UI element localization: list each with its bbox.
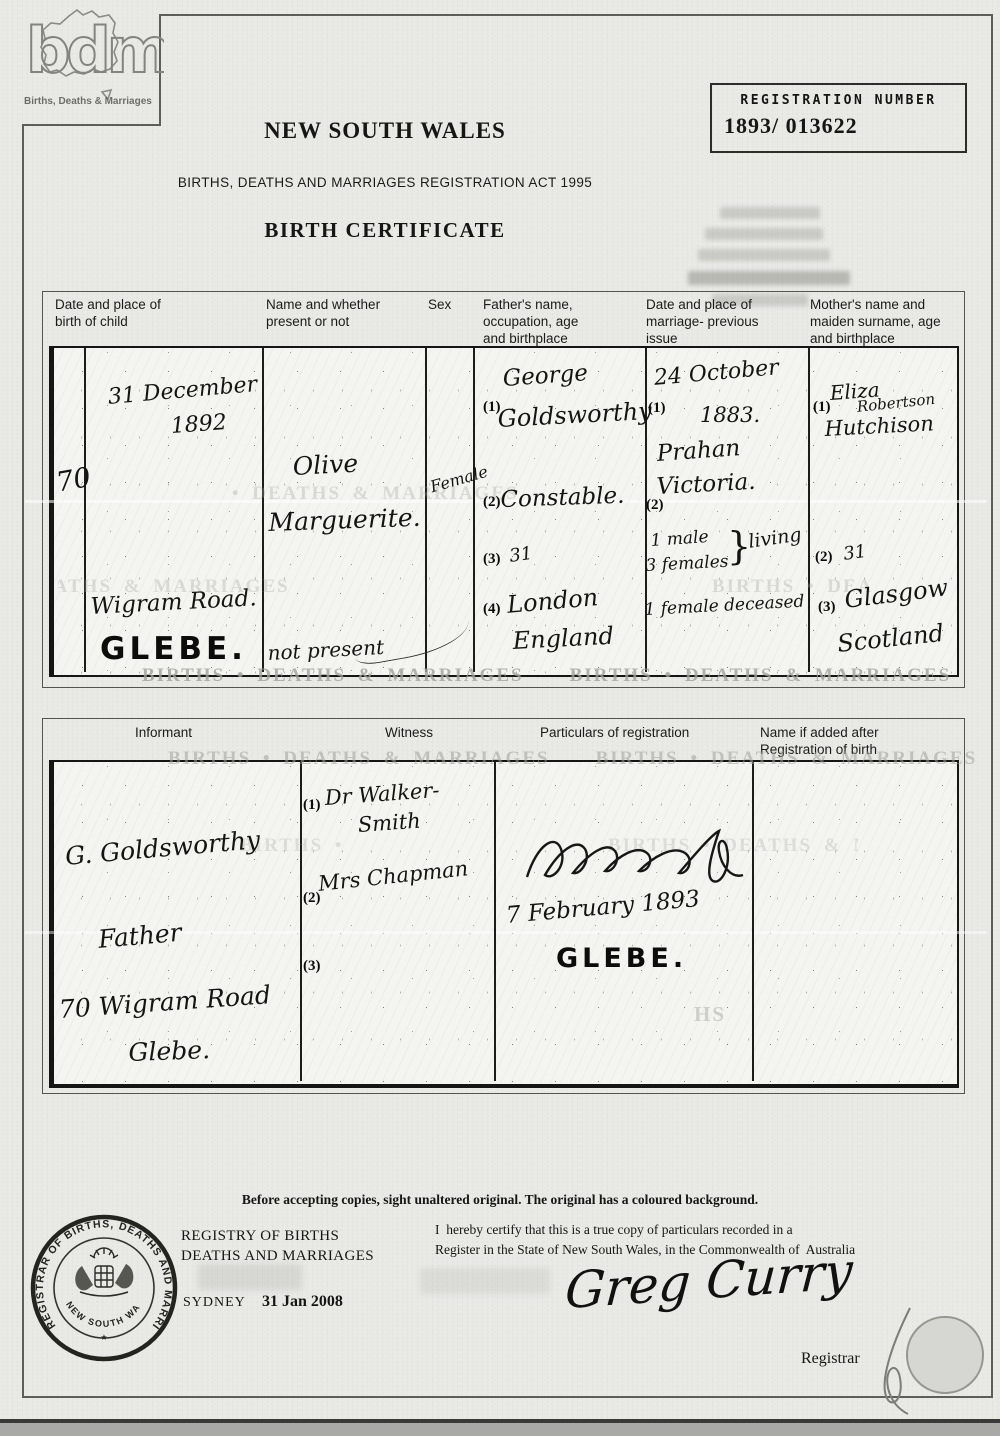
- watermark-text: BIRTHS • DEATHS & MARRIAGES: [142, 665, 524, 686]
- col-header-name-present: Name and whether present or not: [266, 296, 401, 330]
- seal-ring-text: REGISTRAR OF BIRTHS, DEATHS AND MARRIAGE…: [24, 1208, 174, 1332]
- registration-table-divider-1: [300, 762, 302, 1081]
- watermark-band: BIRTHS • DEATHS & MARRIAGESBIRTHS • DEAT…: [168, 748, 1000, 770]
- watermark-text: BIRTHS • DEATHS & MARRIAGES: [168, 748, 550, 769]
- state-title: NEW SOUTH WALES: [160, 118, 610, 144]
- father-marker-2: (2): [483, 494, 501, 511]
- verification-notice: Before accepting copies, sight unaltered…: [0, 1192, 1000, 1208]
- registration-table-divider-2: [494, 762, 496, 1081]
- svg-text:REGISTRAR OF BIRTHS, DEATHS AN: REGISTRAR OF BIRTHS, DEATHS AND MARRIAGE…: [24, 1208, 174, 1332]
- col-header-sex: Sex: [428, 296, 468, 313]
- registration-number-box: REGISTRATION NUMBER 1893/ 013622: [710, 83, 967, 153]
- watermark-text: BIRTHS • DEATHS & MARRIAGES: [596, 748, 978, 769]
- birth-table-divider-4: [473, 348, 475, 672]
- birth-table-divider-6: [808, 348, 810, 672]
- mother-marker-3: (3): [818, 599, 836, 616]
- col-header-witness: Witness: [385, 724, 475, 741]
- col-header-date-place-of-birth: Date and place of birth of child: [55, 296, 180, 330]
- father-occupation: Constable.: [500, 483, 625, 513]
- registration-number-value: 1893/ 013622: [724, 113, 858, 139]
- mother-marker-2: (2): [815, 549, 833, 566]
- registration-place-stamp: GLEBE.: [556, 943, 687, 974]
- bdm-logo-caption: Births, Deaths & Marriages: [24, 96, 152, 107]
- marriage-marker-2: (2): [646, 497, 664, 514]
- showthrough-text: [720, 207, 820, 219]
- col-header-father: Father's name, occupation, age and birth…: [483, 296, 601, 347]
- showthrough-text: [705, 228, 823, 240]
- showthrough-text: [198, 1264, 302, 1290]
- watermark-text: BIRTHS • DEATHS & MARRIAGES: [570, 665, 952, 686]
- registration-number-label: REGISTRATION NUMBER: [712, 93, 965, 108]
- witness-marker-1: (1): [303, 797, 321, 814]
- issue-date: 31 Jan 2008: [262, 1293, 343, 1311]
- father-marker-3: (3): [483, 551, 501, 568]
- showthrough-text: [420, 1268, 550, 1294]
- witness1-name-line2: Smith: [357, 809, 422, 837]
- col-header-informant: Informant: [135, 724, 255, 741]
- father-marker-4: (4): [483, 601, 501, 618]
- certification-line1: I hereby certify that this is a true cop…: [435, 1222, 793, 1238]
- marriage-date-line2: 1883.: [700, 403, 760, 427]
- birth-table-divider-1: [84, 348, 86, 672]
- registry-name-line2: DEATHS AND MARRIAGES: [181, 1248, 374, 1265]
- showthrough-text: [688, 271, 850, 285]
- birth-certificate-scan: bdm Births, Deaths & Marriages NEW SOUTH…: [0, 0, 1000, 1436]
- act-title: BIRTHS, DEATHS AND MARRIAGES REGISTRATIO…: [135, 175, 635, 190]
- bdm-logo: bdm Births, Deaths & Marriages: [14, 4, 164, 124]
- witness-marker-2: (2): [303, 890, 321, 907]
- frame-right: [991, 14, 993, 1398]
- watermark-fragment-hs: HS: [694, 1002, 726, 1027]
- issue-city: SYDNEY: [183, 1295, 246, 1311]
- coat-of-arms: [75, 1248, 133, 1296]
- registrar-official-seal: REGISTRAR OF BIRTHS, DEATHS AND MARRIAGE…: [24, 1208, 184, 1368]
- pen-loop-mark: [858, 1300, 928, 1420]
- marriage-place-line2: Victoria.: [656, 469, 756, 500]
- issue-males: 1 male: [650, 527, 709, 551]
- scanner-background-strip: [0, 1423, 1000, 1436]
- mother-age: 31: [842, 541, 868, 565]
- child-name-line2: Marguerite.: [268, 503, 421, 537]
- col-header-marriage: Date and place of marriage- previous iss…: [646, 296, 768, 347]
- witness-marker-3: (3): [303, 958, 321, 975]
- seal-star: ★: [100, 1333, 107, 1342]
- bdm-letters: bdm: [26, 14, 164, 87]
- birth-date-line2: 1892: [170, 410, 228, 439]
- marriage-marker-1: (1): [648, 400, 666, 417]
- mother-marker-1: (1): [813, 399, 831, 416]
- registrar-title: Registrar: [801, 1350, 860, 1368]
- showthrough-text: [698, 249, 830, 261]
- frame-notch-horizontal: [22, 124, 161, 126]
- register-number: 70: [54, 462, 93, 498]
- frame-top: [160, 14, 992, 16]
- father-birthplace-line2: England: [512, 622, 614, 655]
- father-age: 31: [508, 543, 534, 567]
- document-title: BIRTH CERTIFICATE: [160, 218, 610, 243]
- registry-name-line1: REGISTRY OF BIRTHS: [181, 1228, 339, 1245]
- col-header-mother: Mother's name and maiden surname, age an…: [810, 296, 958, 347]
- watermark-band: BIRTHS • DEATHS & MARRIAGESBIRTHS • DEAT…: [142, 665, 997, 687]
- child-name-line1: Olive: [292, 449, 359, 481]
- col-header-particulars: Particulars of registration: [540, 724, 720, 741]
- registration-table-divider-3: [752, 762, 754, 1081]
- birth-place-stamp: GLEBE.: [100, 631, 247, 667]
- frame-bottom: [22, 1396, 993, 1398]
- birth-table-divider-2: [262, 348, 264, 672]
- informant-address-line2: Glebe.: [128, 1035, 210, 1067]
